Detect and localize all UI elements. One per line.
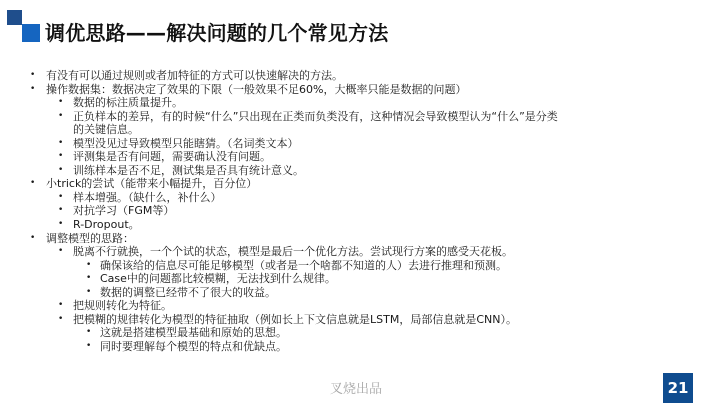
bullet-text: 评测集是否有问题，需要确认没有问题。 — [73, 150, 271, 164]
title-decoration-square-light — [22, 24, 40, 42]
footer-brand: 叉烧出品 — [330, 378, 382, 397]
bullet-text: 训练样本是否不足，测试集是否具有统计意义。 — [73, 164, 304, 178]
bullet-icon: • — [86, 326, 91, 340]
bullet-icon: • — [58, 299, 63, 313]
slide-title: 调优思路——解决问题的几个常见方法 — [45, 17, 388, 46]
sub-sub-bullet-item: •确保该给的信息尽可能足够模型（或者是一个啥都不知道的人）去进行推理和预测。 — [0, 259, 720, 273]
bullet-icon: • — [58, 313, 63, 327]
bullet-icon: • — [86, 286, 91, 300]
bullet-text: 把模糊的规律转化为模型的特征抽取（例如长上下文信息就是LSTM，局部信息就是CN… — [73, 313, 517, 327]
page-number-badge: 21 — [663, 373, 693, 403]
sub-bullet-item: •数据的标注质量提升。 — [0, 96, 720, 110]
bullet-text: 确保该给的信息尽可能足够模型（或者是一个啥都不知道的人）去进行推理和预测。 — [100, 259, 507, 273]
bullet-text: 样本增强。（缺什么，补什么） — [73, 191, 222, 205]
bullet-item: •小trick的尝试（能带来小幅提升，百分位） — [0, 177, 720, 191]
bullet-icon: • — [86, 340, 91, 354]
bullet-item: •调整模型的思路： — [0, 232, 720, 246]
bullet-text: 对抗学习（FGM等） — [73, 204, 174, 218]
sub-bullet-item: •样本增强。（缺什么，补什么） — [0, 191, 720, 205]
sub-sub-bullet-item: •数据的调整已经带不了很大的收益。 — [0, 286, 720, 300]
bullet-text: 数据的调整已经带不了很大的收益。 — [100, 286, 276, 300]
sub-bullet-item: •对抗学习（FGM等） — [0, 204, 720, 218]
title-decoration-square-dark — [7, 10, 22, 25]
sub-sub-bullet-item: •这就是搭建模型最基础和原始的思想。 — [0, 326, 720, 340]
bullet-icon: • — [30, 232, 35, 246]
bullet-text: 这就是搭建模型最基础和原始的思想。 — [100, 326, 287, 340]
bullet-icon: • — [58, 150, 63, 164]
sub-bullet-item: •把模糊的规律转化为模型的特征抽取（例如长上下文信息就是LSTM，局部信息就是C… — [0, 313, 720, 327]
bullet-text: R-Dropout。 — [73, 218, 140, 232]
bullet-icon: • — [30, 69, 35, 83]
bullet-icon: • — [58, 218, 63, 232]
sub-sub-bullet-item: •Case中的问题都比较模糊，无法找到什么规律。 — [0, 272, 720, 286]
bullet-text: 脱离不行就换，一个个试的状态，模型是最后一个优化方法。尝试现行方案的感受天花板。 — [73, 245, 513, 259]
bullet-text: Case中的问题都比较模糊，无法找到什么规律。 — [100, 272, 336, 286]
sub-bullet-item: •训练样本是否不足，测试集是否具有统计意义。 — [0, 164, 720, 178]
bullet-text: 调整模型的思路： — [46, 232, 134, 246]
bullet-icon: • — [86, 272, 91, 286]
bullet-text: 同时要理解每个模型的特点和优缺点。 — [100, 340, 287, 354]
bullet-icon: • — [58, 137, 63, 151]
bullet-text: 有没有可以通过规则或者加特征的方式可以快速解决的方法。 — [46, 69, 343, 83]
sub-bullet-item: •评测集是否有问题，需要确认没有问题。 — [0, 150, 720, 164]
bullet-text: 把规则转化为特征。 — [73, 299, 172, 313]
bullet-text: 正负样本的差异，有的时候“什么”只出现在正类而负类没有，这种情况会导致模型认为“… — [73, 110, 558, 124]
sub-bullet-item: •把规则转化为特征。 — [0, 299, 720, 313]
bullet-item: •有没有可以通过规则或者加特征的方式可以快速解决的方法。 — [0, 69, 720, 83]
bullet-text: 数据的标注质量提升。 — [73, 96, 183, 110]
bullet-icon: • — [58, 191, 63, 205]
bullet-icon: • — [30, 83, 35, 97]
bullet-icon: • — [58, 110, 63, 124]
bullet-icon: • — [58, 204, 63, 218]
sub-bullet-item: •脱离不行就换，一个个试的状态，模型是最后一个优化方法。尝试现行方案的感受天花板… — [0, 245, 720, 259]
bullet-text: 模型没见过导致模型只能瞎猜。（名词类文本） — [73, 137, 299, 151]
bullet-list: •有没有可以通过规则或者加特征的方式可以快速解决的方法。 •操作数据集：数据决定… — [0, 69, 720, 353]
bullet-text: 操作数据集：数据决定了效果的下限（一般效果不足60%，大概率只能是数据的问题） — [46, 83, 466, 97]
sub-sub-bullet-item: •同时要理解每个模型的特点和优缺点。 — [0, 340, 720, 354]
bullet-text: 的关键信息。 — [73, 123, 139, 137]
sub-bullet-item: •正负样本的差异，有的时候“什么”只出现在正类而负类没有，这种情况会导致模型认为… — [0, 110, 720, 124]
bullet-icon: • — [58, 96, 63, 110]
bullet-icon: • — [58, 164, 63, 178]
bullet-icon: • — [86, 259, 91, 273]
bullet-item: •操作数据集：数据决定了效果的下限（一般效果不足60%，大概率只能是数据的问题） — [0, 83, 720, 97]
bullet-text: 小trick的尝试（能带来小幅提升，百分位） — [46, 177, 257, 191]
bullet-icon: • — [58, 245, 63, 259]
sub-bullet-item: •模型没见过导致模型只能瞎猜。（名词类文本） — [0, 137, 720, 151]
bullet-continuation: 的关键信息。 — [0, 123, 720, 137]
sub-bullet-item: •R-Dropout。 — [0, 218, 720, 232]
bullet-icon: • — [30, 177, 35, 191]
